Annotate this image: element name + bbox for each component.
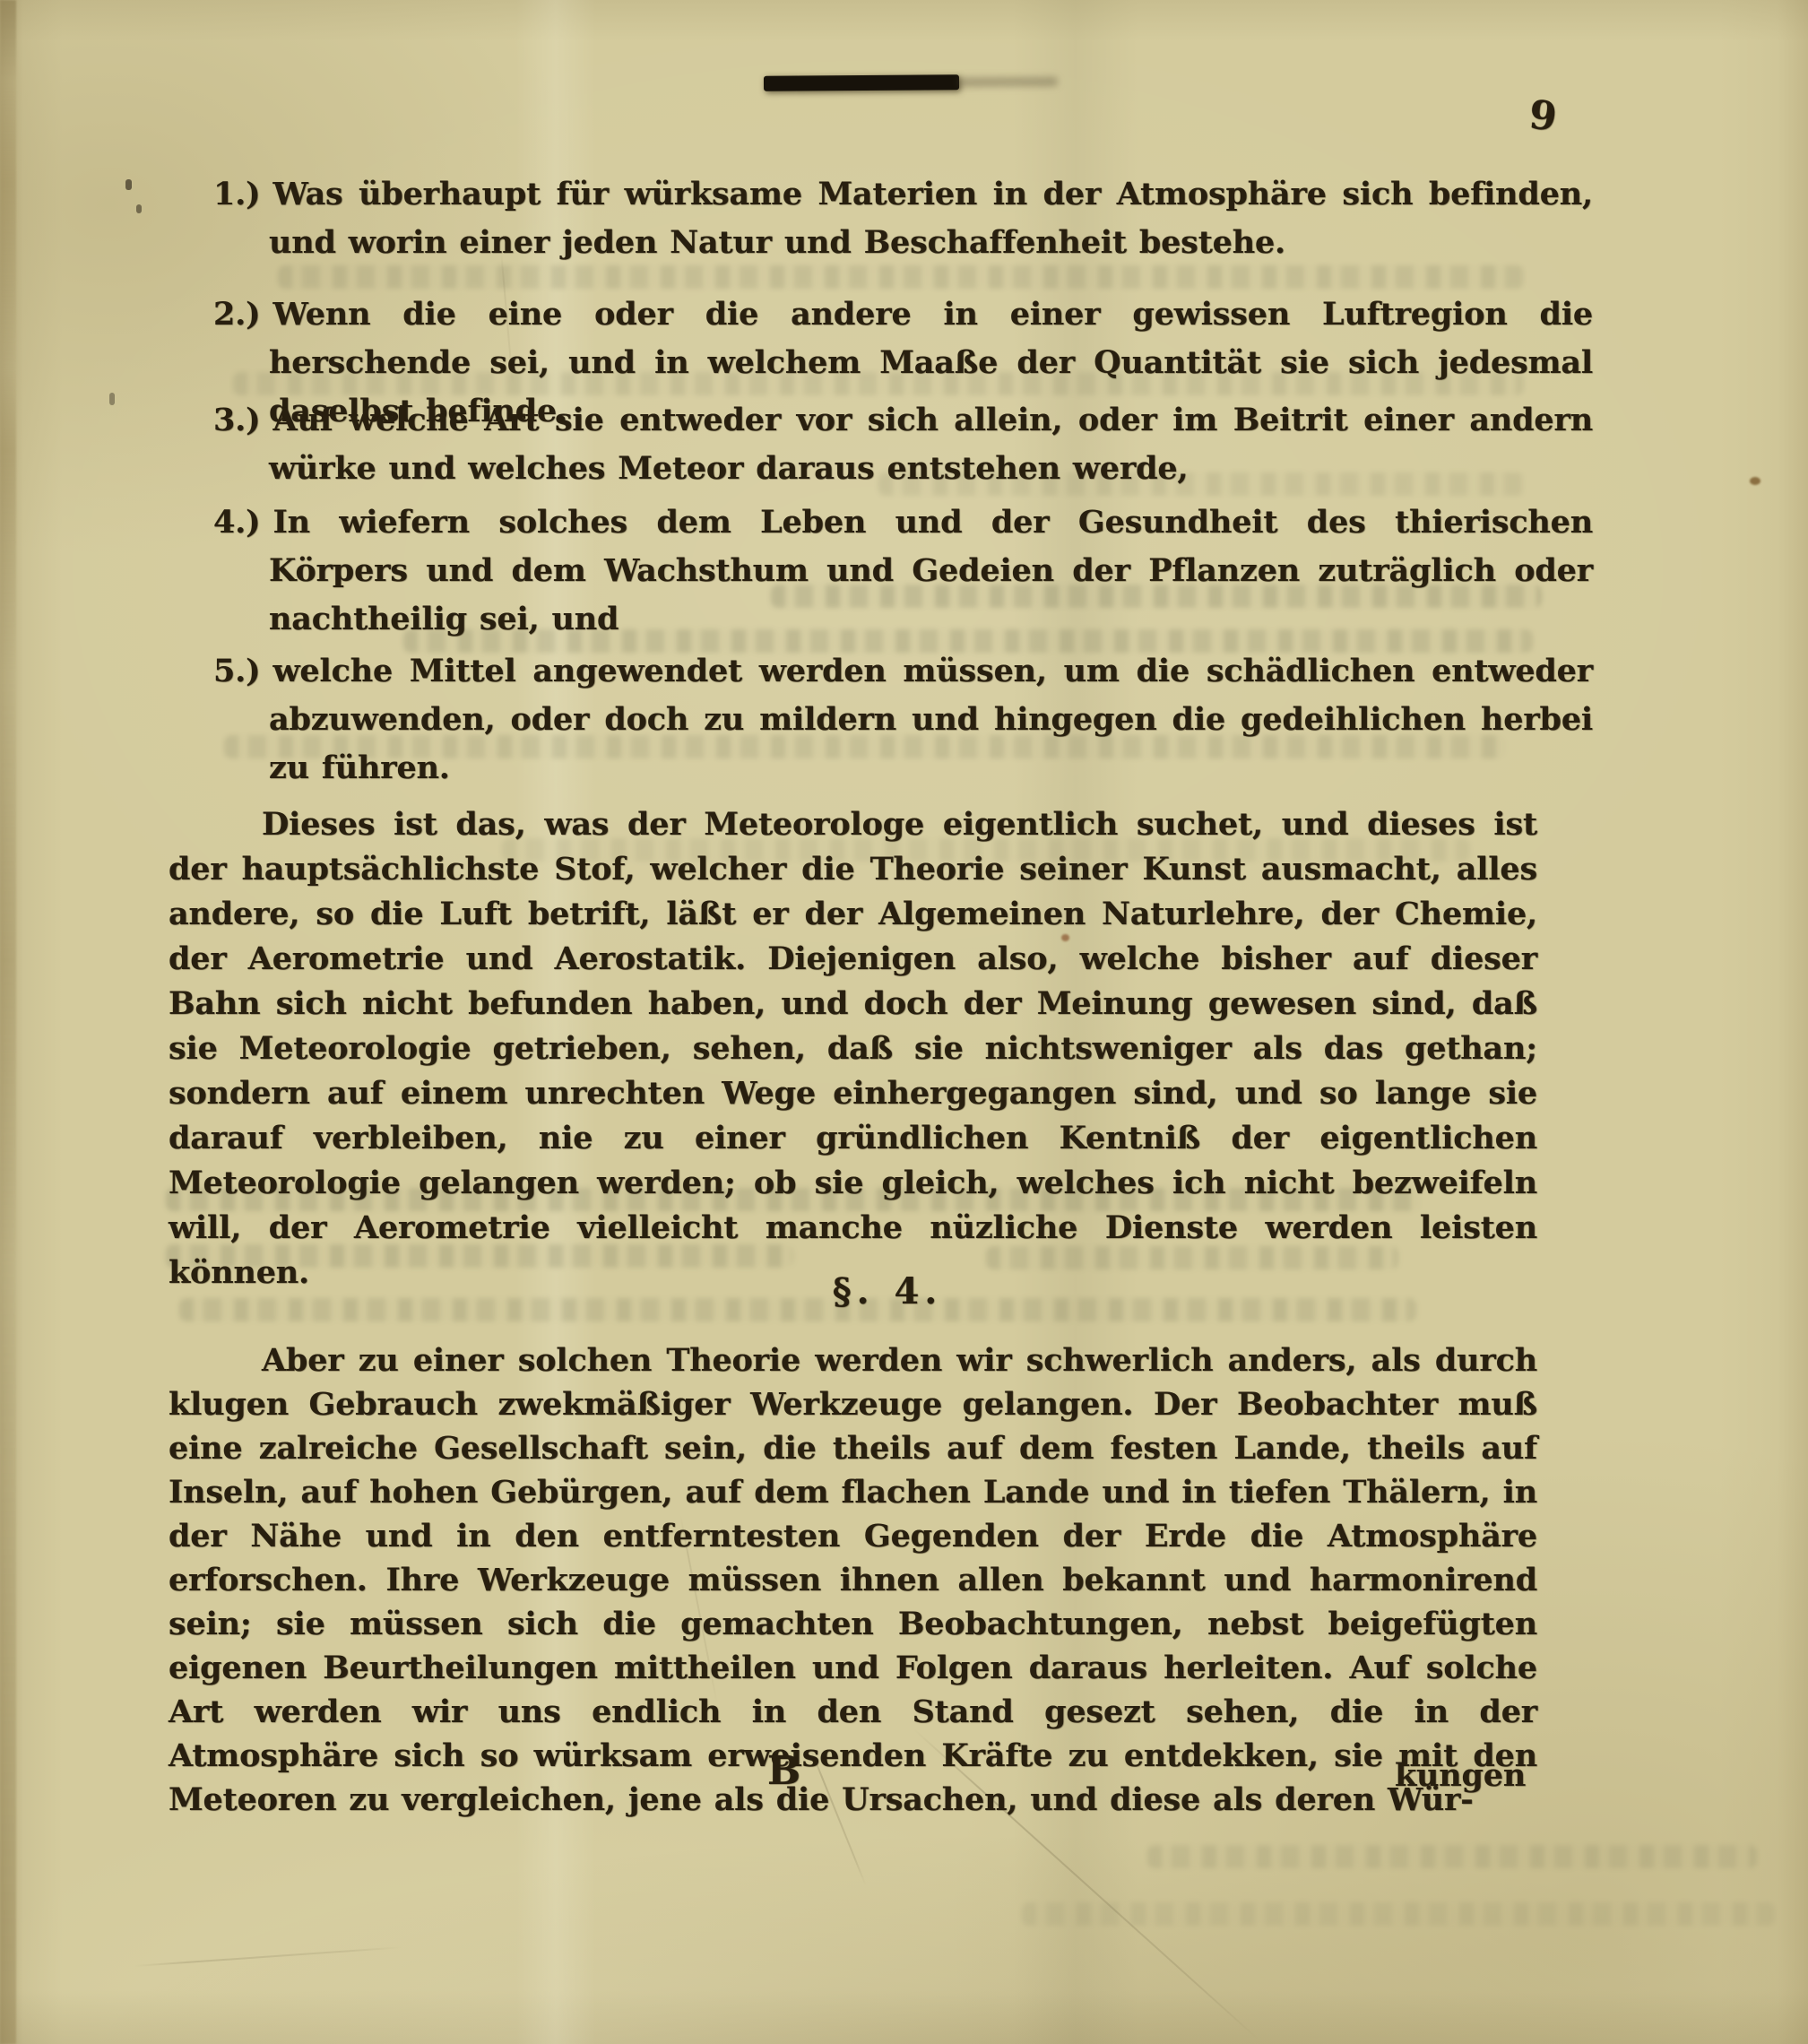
list-item-1: 1.)Was überhaupt für würksame Materien i…: [213, 170, 1593, 267]
foxing-spot: [1750, 477, 1760, 485]
list-item-text: Was überhaupt für würksame Materien in d…: [269, 176, 1593, 261]
scanned-book-page: 9 1.)Was überhaupt für würksame Materien…: [0, 0, 1808, 2044]
list-item-text: Auf welche Art sie entweder vor sich all…: [269, 402, 1593, 487]
margin-ink-mark: [125, 179, 132, 190]
crease-line: [134, 1946, 402, 1967]
list-item-number: 5.): [213, 653, 273, 689]
list-item-number: 3.): [213, 402, 273, 438]
showthrough-artifact: [278, 265, 1524, 289]
section-heading: §. 4.: [224, 1270, 1551, 1312]
body-paragraph-2: Aber zu einer solchen Theorie werden wir…: [169, 1338, 1537, 1822]
body-paragraph-1: Dieses ist das, was der Meteorologe eige…: [169, 802, 1537, 1295]
list-item-text: In wiefern solches dem Leben und der Ges…: [269, 504, 1593, 637]
page-number: 9: [1527, 92, 1559, 141]
signature-mark: B: [767, 1748, 800, 1794]
list-item-number: 2.): [213, 296, 273, 333]
showthrough-artifact: [1022, 1902, 1775, 1926]
showthrough-artifact: [1147, 1845, 1757, 1868]
header-ornament-rule: [764, 74, 959, 91]
page-left-edge-shadow: [0, 0, 16, 2044]
list-item-3: 3.)Auf welche Art sie entweder vor sich …: [213, 396, 1593, 493]
margin-ink-mark: [136, 204, 142, 213]
list-item-number: 4.): [213, 504, 273, 541]
catchword: kungen: [1395, 1757, 1526, 1794]
margin-ink-mark: [109, 393, 115, 405]
list-item-number: 1.): [213, 176, 273, 212]
list-item-4: 4.)In wiefern solches dem Leben und der …: [213, 498, 1593, 644]
list-item-5: 5.)welche Mittel angewendet werden müsse…: [213, 647, 1593, 792]
list-item-text: welche Mittel angewendet werden müssen, …: [269, 653, 1593, 786]
